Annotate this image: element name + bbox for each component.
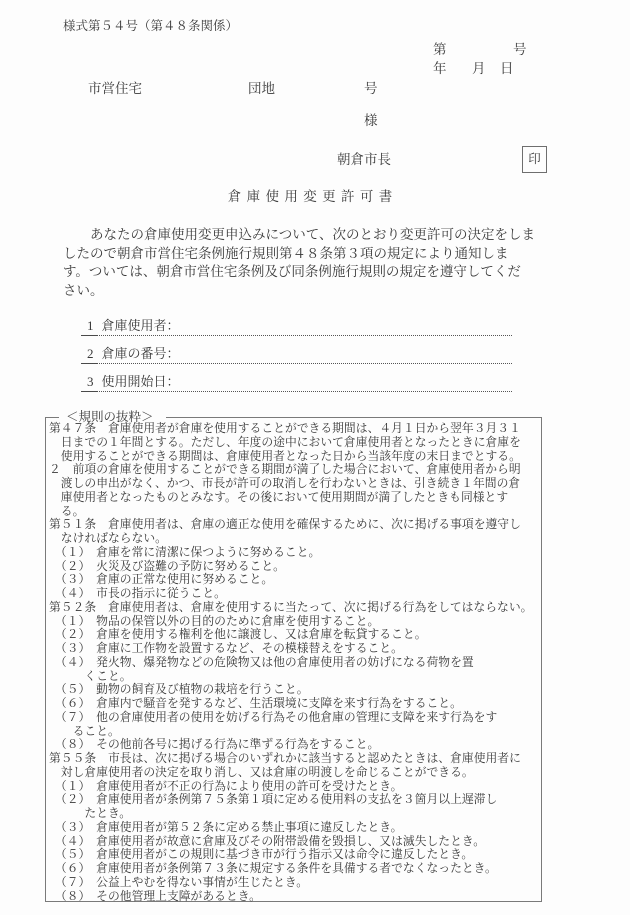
field-number: 3 (81, 374, 94, 390)
date-year-label: 年 (433, 57, 447, 77)
date-month-label: 月 (472, 57, 486, 77)
field-row-warehouse-user: 1倉庫使用者： (81, 318, 512, 336)
field-row-use-start-date: 3使用開始日： (81, 374, 512, 392)
field-label: 倉庫の番号： (102, 346, 180, 361)
document-page: 様式第５４号（第４８条関係） 第 号 年 月 日 市営住宅 団地 号 様 朝倉市… (0, 0, 630, 915)
field-number-underline (81, 391, 98, 392)
doc-number-prefix: 第 (433, 38, 447, 58)
doc-number-suffix: 号 (513, 38, 527, 58)
rules-excerpt-box: ＜規則の抜粋＞ 第４７条 倉庫使用者が倉庫を使用することができる期間は、４月１日… (45, 417, 542, 902)
field-number: 2 (81, 346, 94, 362)
recipient-housing-label: 市営住宅 (88, 77, 142, 97)
field-number-underline (81, 335, 98, 336)
recipient-unit-label: 号 (364, 77, 378, 97)
seal-placeholder-box: 印 (522, 146, 547, 173)
recipient-honorific: 様 (364, 109, 378, 129)
issuer-mayor-name: 朝倉市長 (337, 148, 391, 168)
date-day-label: 日 (500, 57, 514, 77)
recipient-complex-label: 団地 (248, 77, 275, 97)
document-title: 倉 庫 使 用 変 更 許 可 書 (63, 185, 558, 205)
field-label: 倉庫使用者： (102, 318, 180, 333)
body-paragraph: あなたの倉庫使用変更申込みについて、次のとおり変更許可の決定をしま したので朝倉… (63, 226, 565, 301)
form-number-label: 様式第５４号（第４８条関係） (63, 16, 238, 34)
rules-excerpt-text: 第４７条 倉庫使用者が倉庫を使用することができる期間は、４月１日から翌年３月３１… (49, 422, 538, 903)
field-label: 使用開始日： (102, 374, 180, 389)
field-number: 1 (81, 318, 94, 334)
field-number-underline (81, 363, 98, 364)
field-row-warehouse-number: 2倉庫の番号： (81, 346, 512, 364)
